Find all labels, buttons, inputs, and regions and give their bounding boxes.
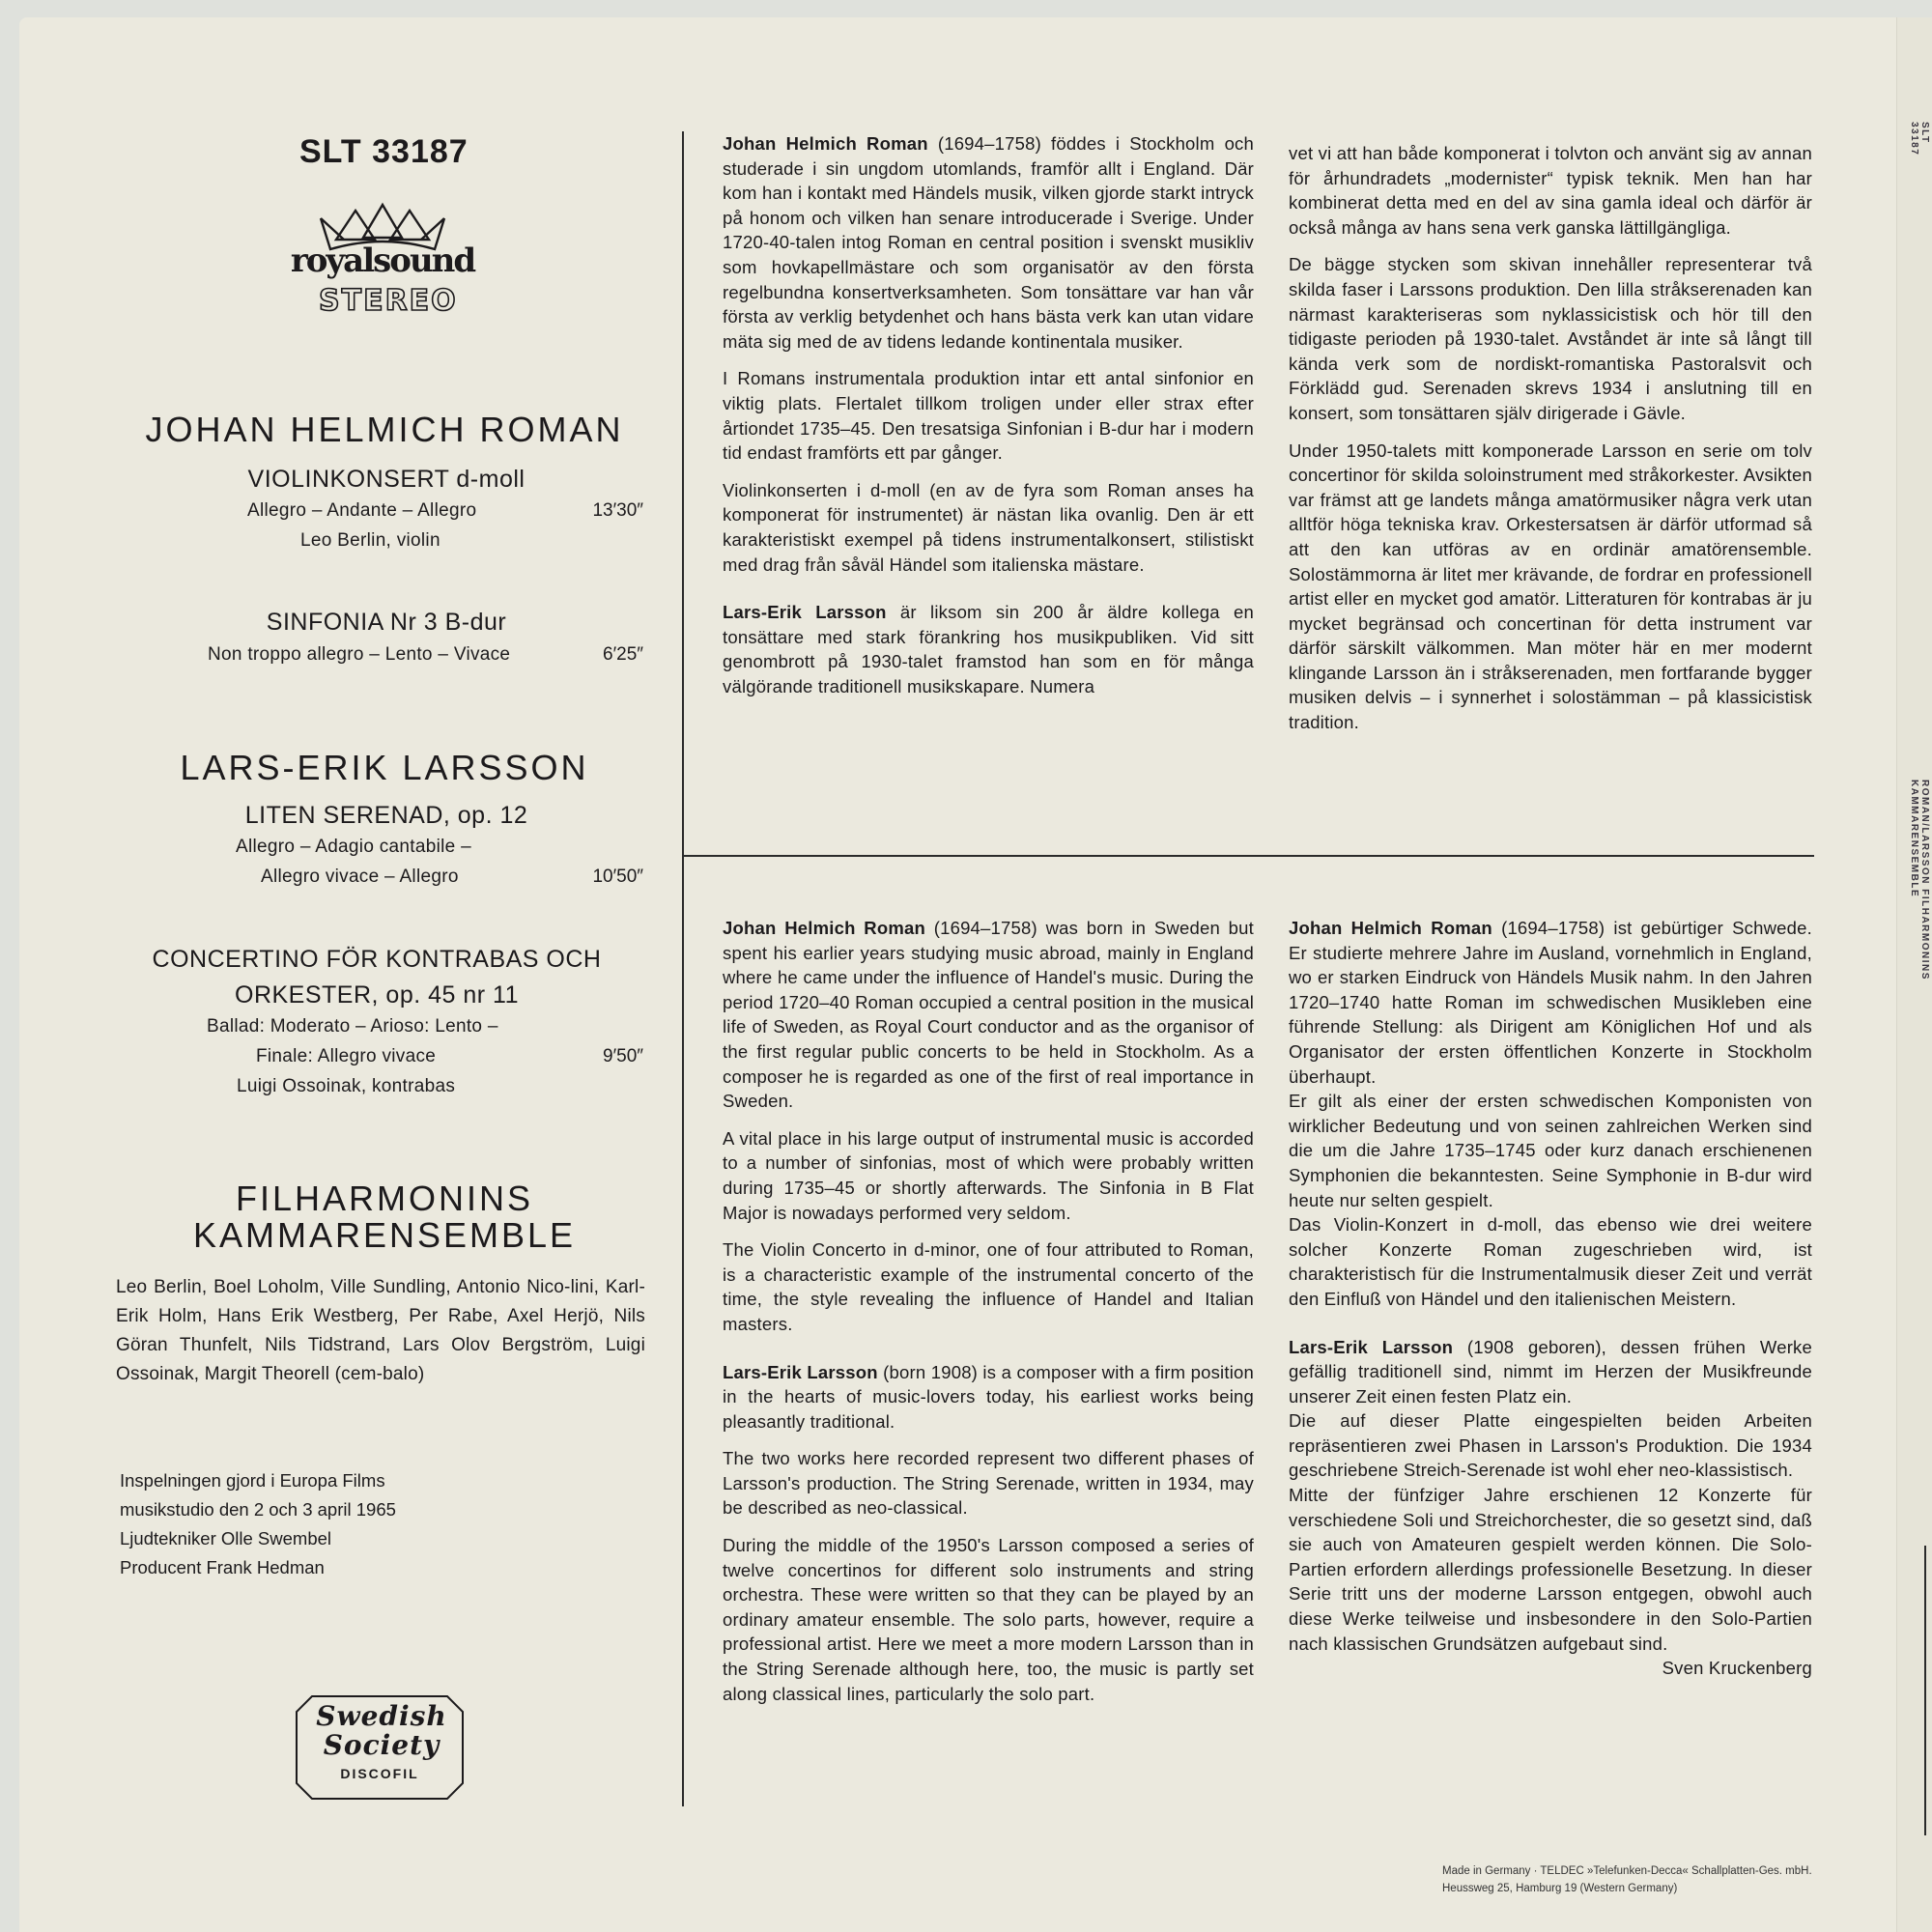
movements: Non troppo allegro – Lento – Vivace: [208, 644, 510, 666]
note-paragraph: (1694–1758) ist gebürtiger Schwede. Er s…: [1289, 918, 1812, 1087]
note-paragraph: Er gilt als einer der ersten schwedische…: [1289, 1089, 1812, 1212]
work-title: SINFONIA Nr 3 B-dur: [193, 609, 580, 637]
ensemble-name: FILHARMONINS KAMMARENSEMBLE: [114, 1180, 655, 1254]
logo-subtitle: DISCOFIL: [295, 1766, 465, 1781]
credit-line: Ljudtekniker Olle Swembel: [120, 1524, 506, 1553]
divider-vertical: [682, 131, 684, 856]
liner-notes-swedish-col2: vet vi att han både komponerat i tolvton…: [1289, 141, 1812, 748]
credit-line: Inspelningen gjord i Europa Films: [120, 1466, 506, 1495]
duration: 6′25″: [547, 644, 643, 666]
royalsound-wordmark: royalsound: [286, 241, 479, 280]
duration: 13′30″: [547, 500, 643, 522]
note-paragraph: Die auf dieser Platte eingespielten beid…: [1289, 1408, 1812, 1483]
note-bold-name: Lars-Erik Larsson: [1289, 1337, 1453, 1357]
divider-vertical: [682, 855, 684, 1806]
duration: 9′50″: [547, 1046, 643, 1067]
movements: Finale: Allegro vivace: [256, 1046, 436, 1067]
note-bold-name: Johan Helmich Roman: [723, 918, 925, 938]
note-paragraph: A vital place in his large output of ins…: [723, 1126, 1254, 1225]
note-bold-name: Johan Helmich Roman: [1289, 918, 1492, 938]
note-paragraph: The Violin Concerto in d-minor, one of f…: [723, 1237, 1254, 1336]
movements: Ballad: Moderato – Arioso: Lento –: [207, 1016, 498, 1037]
work-title: VIOLINKONSERT d-moll: [193, 466, 580, 494]
ensemble-members: Leo Berlin, Boel Loholm, Ville Sundling,…: [116, 1273, 645, 1389]
spine-text: SLT 33187 ROMAN/LARSSON FILHARMONINS KAM…: [1901, 122, 1930, 991]
note-paragraph: The two works here recorded represent tw…: [723, 1446, 1254, 1520]
performer: Luigi Ossoinak, kontrabas: [237, 1076, 455, 1097]
spine: SLT 33187 ROMAN/LARSSON FILHARMONINS KAM…: [1896, 17, 1932, 1932]
duration: 10′50″: [547, 867, 643, 888]
swedish-society-logo: Swedish Society DISCOFIL: [295, 1694, 465, 1801]
note-paragraph: I Romans instrumentala produktion intar …: [723, 366, 1254, 465]
recording-credits: Inspelningen gjord i Europa Films musiks…: [120, 1466, 506, 1582]
spine-catalog-number: SLT 33187: [1901, 122, 1930, 161]
note-paragraph: vet vi att han både komponerat i tolvton…: [1289, 141, 1812, 240]
movements: Allegro – Adagio cantabile –: [236, 837, 471, 858]
sleeve-seam: [1924, 1546, 1926, 1835]
logo-text: Swedish Society: [304, 1702, 459, 1760]
performer: Leo Berlin, violin: [300, 530, 440, 552]
work-title: CONCERTINO FÖR KONTRABAS OCH: [97, 946, 657, 974]
author-signature: Sven Kruckenberg: [1662, 1656, 1812, 1681]
footer-line: Made in Germany · TELDEC »Telefunken-Dec…: [1442, 1862, 1812, 1880]
work-title: ORKESTER, op. 45 nr 11: [97, 981, 657, 1009]
spine-title: ROMAN/LARSSON FILHARMONINS KAMMARENSEMBL…: [1901, 780, 1930, 991]
movements: Allegro – Andante – Allegro: [247, 500, 476, 522]
note-bold-name: Lars-Erik Larsson: [723, 1362, 878, 1382]
catalog-number: SLT 33187: [299, 133, 469, 171]
stereo-badge: STEREO: [319, 284, 444, 318]
note-paragraph: (1694–1758) föddes i Stockholm och stude…: [723, 133, 1254, 352]
liner-notes-german: Johan Helmich Roman (1694–1758) ist gebü…: [1289, 916, 1812, 1681]
work-title: LITEN SERENAD, op. 12: [193, 802, 580, 830]
credit-line: musikstudio den 2 och 3 april 1965: [120, 1495, 506, 1524]
ensemble-name-line: FILHARMONINS: [114, 1180, 655, 1217]
movements: Allegro vivace – Allegro: [261, 867, 459, 888]
note-bold-name: Lars-Erik Larsson: [723, 602, 887, 622]
manufacturer-footer: Made in Germany · TELDEC »Telefunken-Dec…: [1442, 1862, 1812, 1897]
royalsound-logo: royalsound STEREO: [286, 199, 479, 334]
liner-notes-swedish-col1: Johan Helmich Roman (1694–1758) föddes i…: [723, 131, 1254, 698]
note-bold-name: Johan Helmich Roman: [723, 133, 928, 154]
note-paragraph: De bägge stycken som skivan innehåller r…: [1289, 252, 1812, 425]
logo-line: Swedish: [304, 1702, 459, 1731]
composer-roman: JOHAN HELMICH ROMAN: [114, 410, 655, 450]
note-paragraph: During the middle of the 1950's Larsson …: [723, 1533, 1254, 1706]
note-paragraph: Violinkonserten i d-moll (en av de fyra …: [723, 478, 1254, 577]
credit-line: Producent Frank Hedman: [120, 1553, 506, 1582]
note-paragraph: (1694–1758) was born in Sweden but spent…: [723, 918, 1254, 1111]
footer-line: Heussweg 25, Hamburg 19 (Western Germany…: [1442, 1880, 1812, 1897]
note-paragraph: Das Violin-Konzert in d-moll, das ebenso…: [1289, 1212, 1812, 1311]
divider-horizontal: [682, 855, 1814, 857]
logo-line: Society: [304, 1731, 459, 1760]
composer-larsson: LARS-ERIK LARSSON: [114, 748, 655, 788]
liner-notes-english: Johan Helmich Roman (1694–1758) was born…: [723, 916, 1254, 1719]
note-paragraph: Under 1950-talets mitt komponerade Larss…: [1289, 439, 1812, 735]
ensemble-name-line: KAMMARENSEMBLE: [114, 1217, 655, 1254]
note-paragraph: Mitte der fünfziger Jahre erschienen 12 …: [1289, 1485, 1812, 1654]
